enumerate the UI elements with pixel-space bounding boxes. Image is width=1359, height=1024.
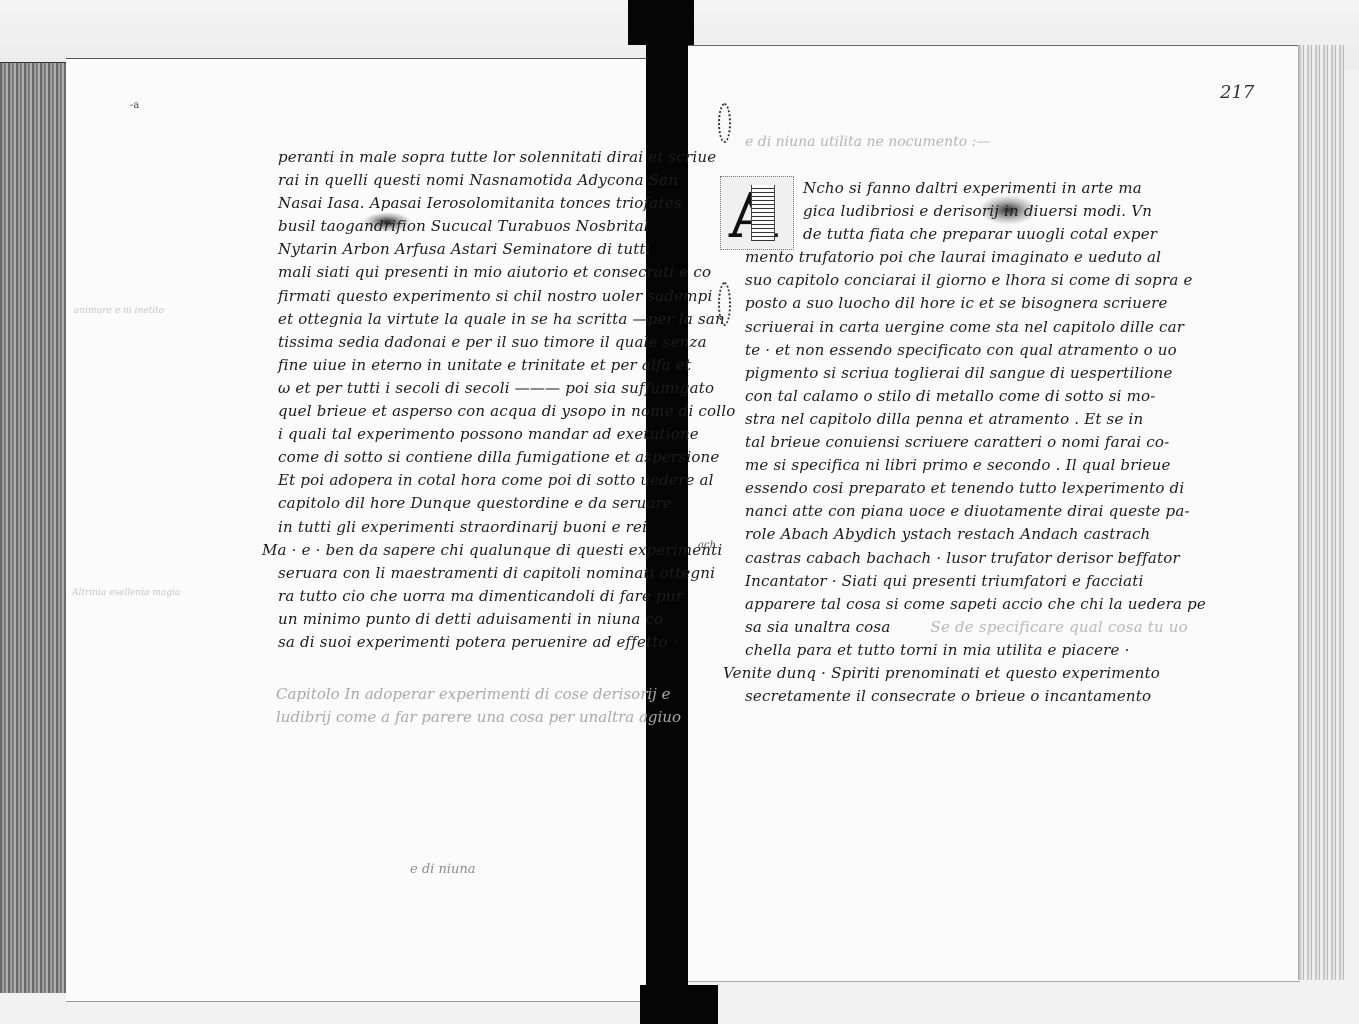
text-line: ra tutto cio che uorra ma dimenticandoli… <box>278 585 735 608</box>
margin-note: Altrinia esellenia magia <box>72 588 180 598</box>
text-line: secretamente il consecrate o brieue o in… <box>745 685 1206 708</box>
text-line: tal brieue conuiensi scriuere caratteri … <box>745 431 1206 454</box>
right-page-edges <box>1298 45 1344 980</box>
text-line: seruara con li maestramenti di capitoli … <box>278 562 735 585</box>
text-line: Et poi adopera in cotal hora come poi di… <box>278 469 735 492</box>
rubric-line: ludibrij come a far parere una cosa per … <box>276 706 681 729</box>
text-line: essendo cosi preparato et tenendo tutto … <box>745 477 1206 500</box>
text-line: sa sia unaltra cosaSe de specificare qua… <box>745 616 1206 639</box>
catchword: e di niuna <box>410 862 475 877</box>
text-line: in tutti gli experimenti straordinarij b… <box>278 516 735 539</box>
text-line: gica ludibriosi e derisorij in diuersi m… <box>745 200 1206 223</box>
text-fragment: sa sia unaltra cosa <box>745 618 890 636</box>
margin-note: ach <box>698 540 716 551</box>
text-line: Venite dunq · Spiriti prenominati et que… <box>723 662 1206 685</box>
text-line: suo capitolo conciarai il giorno e lhora… <box>745 269 1206 292</box>
text-line: stra nel capitolo dilla penna et atramen… <box>745 408 1206 431</box>
text-line: et ottegnia la virtute la quale in se ha… <box>278 308 735 331</box>
text-line: pigmento si scriua toglierai dil sangue … <box>745 362 1206 385</box>
chapter-rubric: Capitolo In adoperar experimenti di cose… <box>276 683 681 729</box>
right-rubric: e di niuna utilita ne nocumento :— <box>745 134 990 150</box>
rubric-line: Capitolo In adoperar experimenti di cose… <box>276 683 681 706</box>
text-line: fine uiue in eterno in unitate e trinita… <box>278 354 735 377</box>
text-line: te · et non essendo specificato con qual… <box>745 339 1206 362</box>
text-line: chella para et tutto torni in mia utilit… <box>745 639 1206 662</box>
text-line: Nytarin Arbon Arfusa Astari Seminatore d… <box>278 238 735 261</box>
text-line: Ncho si fanno daltri experimenti in arte… <box>745 177 1206 200</box>
text-line: apparere tal cosa si come sapeti accio c… <box>745 593 1206 616</box>
text-line: role Abach Abydich ystach restach Andach… <box>745 523 1206 546</box>
ornament-oval-icon <box>718 282 731 326</box>
text-line: ω et per tutti i secoli di secoli ——— po… <box>278 377 735 400</box>
left-page-edges <box>0 62 68 993</box>
text-line: Ma · e · ben da sapere chi qualunque di … <box>262 539 735 562</box>
text-line: castras cabach bachach · lusor trufator … <box>745 547 1206 570</box>
margin-note: animure e ni inetito <box>74 306 164 316</box>
text-line: firmati questo experimento si chil nostr… <box>278 285 735 308</box>
text-line: posto a suo luocho dil hore ic et se bis… <box>745 292 1206 315</box>
top-mark: -a <box>130 100 139 111</box>
left-page-text: peranti in male sopra tutte lor solennit… <box>278 146 735 654</box>
text-line: sa di suoi experimenti potera peruenire … <box>278 631 735 654</box>
folio-number: 217 <box>1220 82 1254 103</box>
right-page-text: Ncho si fanno daltri experimenti in arte… <box>745 177 1206 708</box>
text-line: rai in quelli questi nomi Nasnamotida Ad… <box>278 169 735 192</box>
text-line: me si specifica ni libri primo e secondo… <box>745 454 1206 477</box>
text-line: mento trufatorio poi che laurai imaginat… <box>745 246 1206 269</box>
text-line: con tal calamo o stilo di metallo come d… <box>745 385 1206 408</box>
text-line: Incantator · Siati qui presenti triumfat… <box>745 570 1206 593</box>
text-line: Nasai Iasa. Apasai Ierosolomitanita tonc… <box>278 192 735 215</box>
text-line: quel brieue et asperso con acqua di ysop… <box>278 400 735 423</box>
ornament-oval-icon <box>718 103 731 143</box>
text-line: tissima sedia dadonai e per il suo timor… <box>278 331 735 354</box>
text-line: un minimo punto di detti aduisamenti in … <box>278 608 735 631</box>
text-line: mali siati qui presenti in mio aiutorio … <box>278 261 735 284</box>
text-line: de tutta fiata che preparar uuogli cotal… <box>745 223 1206 246</box>
text-line: i quali tal experimento possono mandar a… <box>278 423 735 446</box>
text-line: nanci atte con piana uoce e diuotamente … <box>745 500 1206 523</box>
text-line: come di sotto si contiene dilla fumigati… <box>278 446 735 469</box>
text-line: busil taogandrifion Sucucal Turabuos Nos… <box>278 215 735 238</box>
text-line: peranti in male sopra tutte lor solennit… <box>278 146 735 169</box>
text-line: scriuerai in carta uergine come sta nel … <box>745 316 1206 339</box>
faint-fragment: Se de specificare qual cosa tu uo <box>890 618 1187 636</box>
binding-gutter-bottom <box>640 985 718 1024</box>
text-line: capitolo dil hore Dunque questordine e d… <box>278 492 735 515</box>
